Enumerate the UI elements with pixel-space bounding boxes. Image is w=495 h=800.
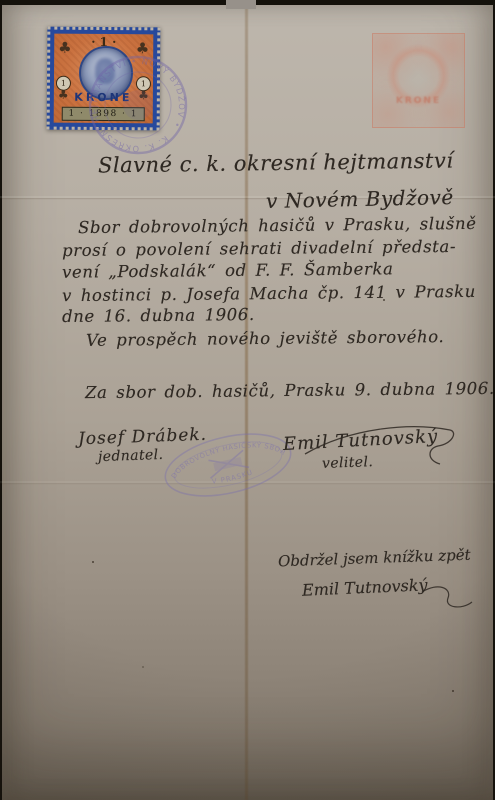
scan-top-tab	[226, 0, 256, 9]
document-scan: · 1 · ♣ ♣ ♣ ♣ 1 1 KRONE 1 · 1898 · 1 K. …	[0, 0, 495, 800]
paper-speck	[142, 666, 144, 668]
red-offset-stamp-text: KRONE	[373, 96, 464, 106]
heading-place: v Novém Bydžově	[266, 185, 454, 213]
paper-speck	[383, 299, 385, 301]
red-offset-stamp: KRONE	[372, 33, 465, 128]
paper-speck	[452, 690, 454, 692]
paper-speck	[92, 561, 94, 563]
body-line: vení „Podskalák“ od F. F. Šamberka	[62, 259, 394, 281]
receipt-signature-flourish	[418, 580, 478, 615]
oval-stamp-arc-top: DOBROVOLNÝ HASIČSKÝ SBOR	[166, 430, 289, 483]
signature-right-role: velitel.	[322, 454, 374, 472]
floral-ornament-icon: ♣	[58, 41, 72, 56]
body-line: dne 16. dubna 1906.	[62, 305, 255, 326]
body-line: Ve prospěch nového jeviště sborového.	[86, 327, 445, 350]
svg-text:DOBROVOLNÝ HASIČSKÝ SBOR: DOBROVOLNÝ HASIČSKÝ SBOR	[166, 430, 289, 483]
heading-addressee: Slavné c. k. okresní hejtmanství	[98, 149, 454, 178]
